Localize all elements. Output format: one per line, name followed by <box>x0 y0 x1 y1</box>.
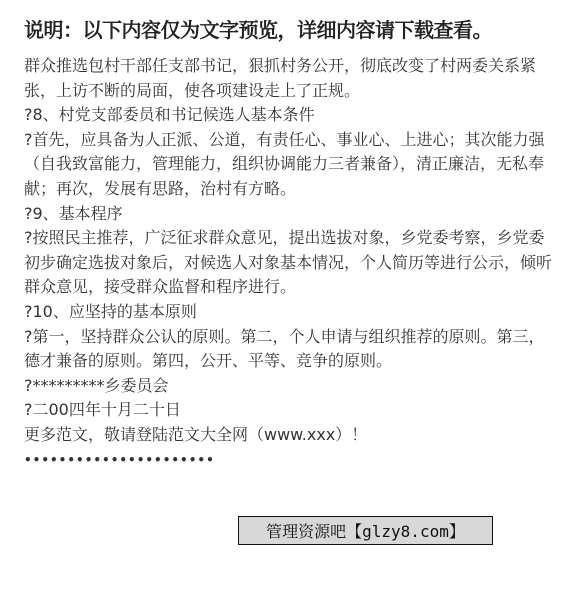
paragraph-intro: 群众推选包村干部任支部书记，狠抓村务公开，彻底改变了村两委关系紧张，上访不断的局… <box>24 54 554 103</box>
section-heading-10: ?10、应坚持的基本原则 <box>24 300 554 325</box>
section-heading-8: ?8、村党支部委员和书记候选人基本条件 <box>24 103 554 128</box>
preview-notice-heading: 说明：以下内容仅为文字预览，详细内容请下载查看。 <box>24 16 492 44</box>
section-heading-9: ?9、基本程序 <box>24 202 554 227</box>
dotted-divider: •••••••••••••••••••••• <box>24 448 554 473</box>
more-templates-link-text: 更多范文，敬请登陆范文大全网（www.xxx）！ <box>24 423 554 448</box>
document-body: 群众推选包村干部任支部书记，狠抓村务公开，彻底改变了村两委关系紧张，上访不断的局… <box>24 54 554 472</box>
watermark-badge: 管理资源吧【glzy8.com】 <box>238 516 493 545</box>
signature-date: ?二00四年十月二十日 <box>24 398 554 423</box>
signature-committee: ?*********乡委员会 <box>24 374 554 399</box>
paragraph-conditions: ?首先，应具备为人正派、公道，有责任心、事业心、上进心；其次能力强（自我致富能力… <box>24 128 554 202</box>
paragraph-procedure: ?按照民主推荐，广泛征求群众意见，提出选拔对象，乡党委考察，乡党委初步确定选拔对… <box>24 226 554 300</box>
paragraph-principles: ?第一，坚持群众公认的原则。第二，个人申请与组织推荐的原则。第三，德才兼备的原则… <box>24 325 554 374</box>
